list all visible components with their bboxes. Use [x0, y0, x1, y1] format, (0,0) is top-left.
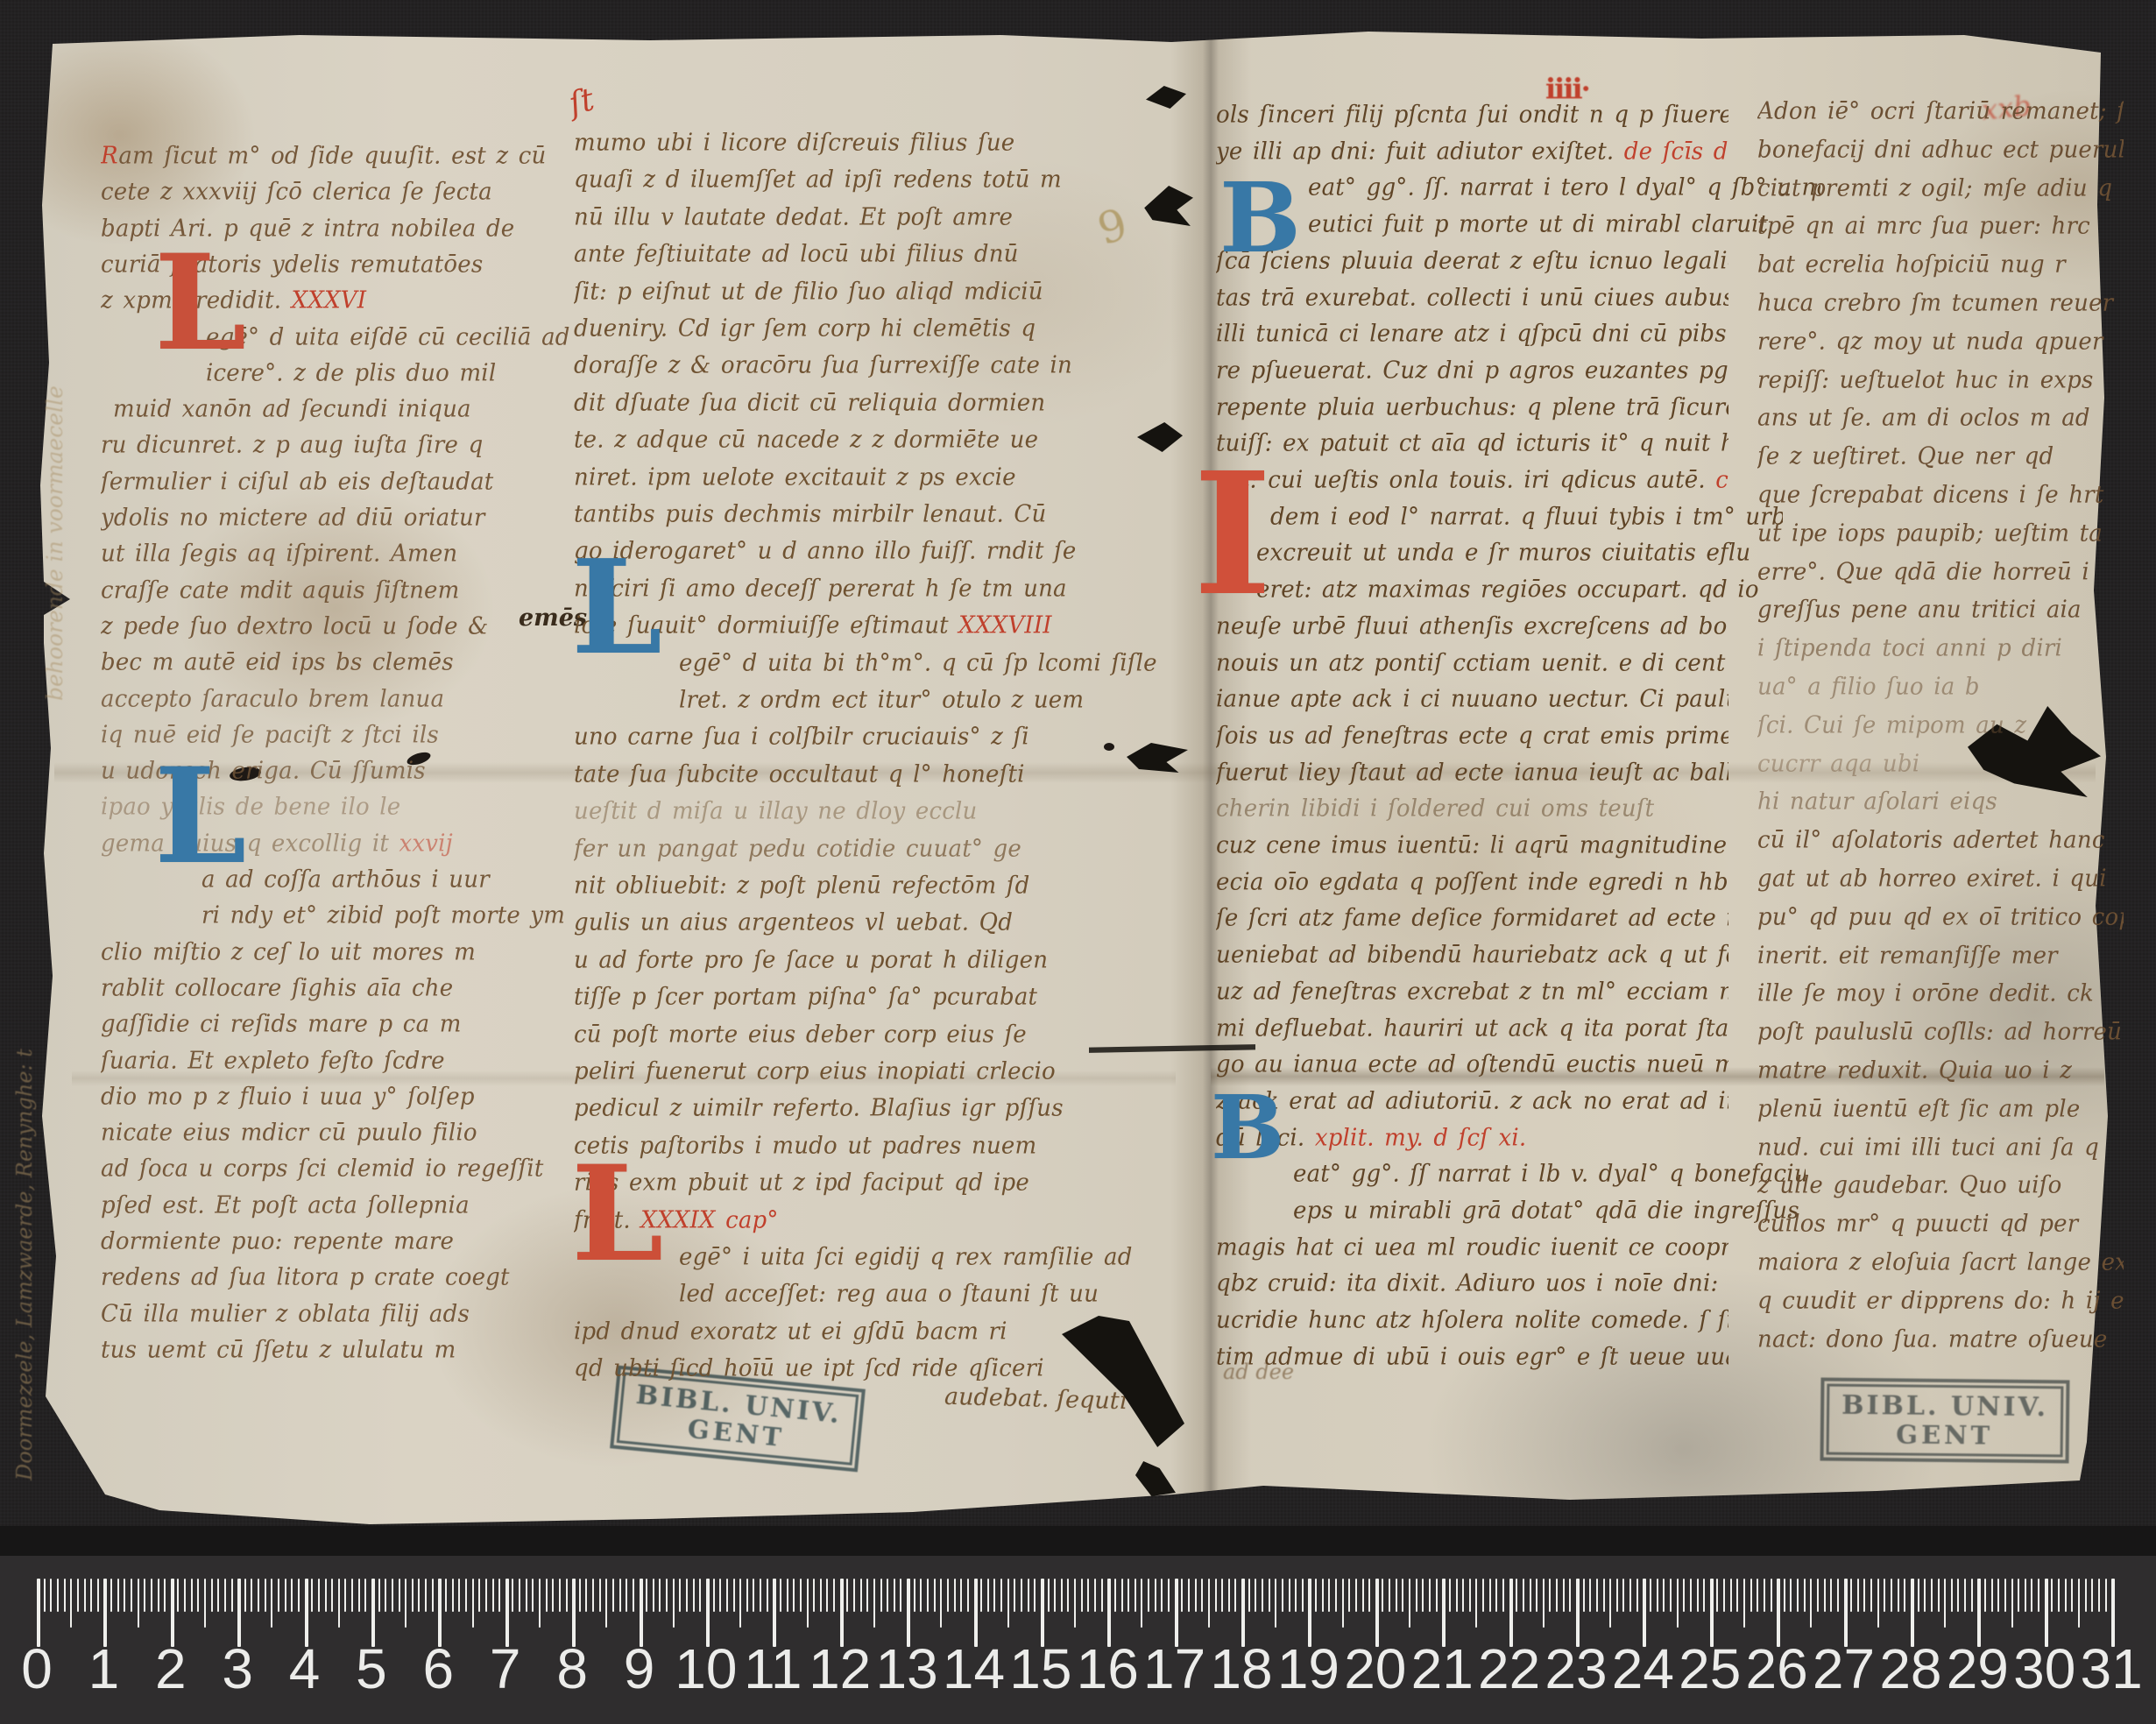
ruler-tick [980, 1579, 982, 1612]
text-column-4: Adon iē° ocri ſtariū remanet; ſcā pbonef… [1757, 98, 2124, 1373]
ruler-tick [813, 1579, 815, 1612]
ruler-tick [1282, 1579, 1283, 1612]
ruler-tick [1161, 1579, 1163, 1612]
ruler-tick [633, 1579, 634, 1612]
manuscript-text-line: egē° d uita bi th°m°. q cū ſp lcomi ſiſl… [574, 649, 1200, 676]
manuscript-text-line: ret: cui ueſtis onla touis. iri qdicus a… [1216, 466, 1728, 493]
manuscript-text-line: plenū iuentū eſt ſic am ple [1757, 1095, 2124, 1122]
ruler-tick [1255, 1579, 1256, 1612]
manuscript-text-line: tas trā exurebat. collecti i unū ciues a… [1216, 284, 1728, 311]
manuscript-text-line: ille ſe moy i orōne dedit. ck [1757, 979, 2124, 1007]
ruler-tick [1569, 1579, 1571, 1612]
manuscript-text-line: z ack erat ad adiutoriū. z ack no erat a… [1216, 1087, 1728, 1114]
manuscript-text-line: ut illa ſegis aq iſpirent. Amen [101, 540, 565, 567]
ruler-tick [204, 1579, 206, 1628]
manuscript-text-line: tus uemt cū ſſetu z ululatu m [101, 1336, 565, 1363]
ruler-tick [151, 1579, 152, 1612]
manuscript-text-line: craſſe cate mdit aquis ſiſtnem [101, 576, 565, 604]
manuscript-text-line: z ulle gaudebar. Quo uiſo [1757, 1171, 2124, 1198]
ruler-tick [1703, 1579, 1705, 1612]
manuscript-text-line: neuſe urbē fluui athenſis excreſcens ad … [1216, 612, 1728, 639]
ruler-tick [605, 1579, 607, 1628]
ruler-tick [378, 1579, 380, 1612]
ruler-tick [2105, 1579, 2107, 1612]
ruler-tick [2031, 1579, 2032, 1612]
ruler-tick [2025, 1579, 2026, 1612]
ruler-tick [940, 1579, 942, 1628]
ruler-tick [211, 1579, 213, 1612]
margin-inscription-upper: behoorende in voormaecelle [42, 385, 67, 701]
manuscript-text-line: que ſcrepabat dicens i ſe hrt [1757, 481, 2124, 508]
ruler-tick [914, 1579, 915, 1612]
manuscript-text-line: qd ubti ſicd hoīū ue ipt ſcd ride qſicer… [574, 1354, 1095, 1381]
manuscript-text-line: tim admue di ubū i ouis egr° e ſt ueue u… [1216, 1343, 1728, 1370]
ruler-tick [1215, 1579, 1217, 1612]
ruler-tick [1168, 1579, 1170, 1612]
ruler-tick [77, 1579, 79, 1612]
manuscript-text-line: dit dſuate ſua dicit cū reliquia dormien [574, 389, 1095, 416]
ruler-tick [325, 1579, 327, 1612]
ruler-tick [1475, 1579, 1477, 1628]
ruler-tick [412, 1579, 414, 1612]
manuscript-text-line: ydolis no mictere ad diū oriatur [101, 504, 565, 531]
ruler-tick [338, 1579, 340, 1628]
manuscript-text-line: Adon iē° ocri ſtariū remanet; ſcā p [1757, 97, 2124, 124]
ruler-tick [1589, 1579, 1591, 1612]
ruler-tick [1971, 1579, 1973, 1612]
ruler-tick [1000, 1579, 1002, 1612]
ruler-tick [124, 1579, 125, 1612]
manuscript-text-line: tantibs puis dechmis mirbilr lenaut. Cū [574, 500, 1095, 527]
ruler-tick [1583, 1579, 1585, 1612]
ruler-tick [191, 1579, 193, 1612]
ruler-tick [767, 1579, 768, 1612]
manuscript-text-line: q cuudit er dipprens do: h ij e [1757, 1287, 2124, 1314]
ruler-tick [1723, 1579, 1725, 1612]
ruler-tick [592, 1579, 594, 1612]
manuscript-text-line: dormiente puo: repente mare [101, 1227, 565, 1254]
ruler-tick [465, 1579, 467, 1612]
manuscript-text-line: egē° i uita ſci egidij q rex ramſilie ad [574, 1243, 1200, 1270]
manuscript-text-line: poſt pauluslū coſlls: ad horreū [1757, 1018, 2124, 1045]
ruler-tick [1736, 1579, 1738, 1612]
ruler-tick [1863, 1579, 1865, 1612]
manuscript-text-line: nicate eius mdicr cū puulo filio [101, 1119, 565, 1146]
ruler-tick [1061, 1579, 1063, 1612]
ruler-tick [1891, 1579, 1892, 1612]
ruler-tick [1810, 1579, 1812, 1628]
ruler-tick [291, 1579, 293, 1612]
ruler-tick [1074, 1579, 1076, 1628]
ruler-tick [866, 1579, 868, 1612]
ruler-tick [760, 1579, 761, 1612]
ruler-tick [1743, 1579, 1745, 1628]
ruler-tick [820, 1579, 822, 1612]
manuscript-text-line: Ram ſicut m° od ſide quuſit. est z cū [101, 142, 565, 169]
ruler-tick [699, 1579, 701, 1612]
ruler-tick [1449, 1579, 1451, 1612]
ruler-tick [746, 1579, 748, 1612]
ruler-tick [224, 1579, 226, 1612]
ruler-tick [653, 1579, 654, 1612]
ruler-tick [1697, 1579, 1699, 1612]
ruler-tick [57, 1579, 59, 1612]
ruler-tick [1469, 1579, 1471, 1612]
manuscript-text-line: lret. z ordm ect itur° otulo z uem [574, 686, 1200, 713]
ruler-tick [405, 1579, 406, 1628]
manuscript-text-line: rere°. qz moy ut nuda qpuer [1757, 328, 2124, 355]
ruler-tick [1716, 1579, 1718, 1612]
ruler-tick [967, 1579, 969, 1612]
ruler-tick [298, 1579, 300, 1612]
manuscript-text-line: erre°. Que qdā die horreū i [1757, 558, 2124, 585]
centimeter-ruler: 0123456789101112131415161718192021222324… [0, 1556, 2156, 1724]
ruler-tick [1556, 1579, 1558, 1612]
manuscript-text-line: cuilos mr° q puucti qd per [1757, 1210, 2124, 1237]
ruler-tick [619, 1579, 621, 1612]
manuscript-text-line: ipd dnud exoratz ut ei gſdū bacm ri [574, 1318, 1095, 1345]
ruler-tick [2051, 1579, 2053, 1612]
ruler-tick [1784, 1579, 1785, 1612]
manuscript-text-line: accepto ſaraculo brem lanua [101, 685, 565, 712]
ruler-tick [351, 1579, 353, 1612]
ruler-tick [1127, 1579, 1129, 1612]
ruler-tick [1021, 1579, 1022, 1612]
ruler-tick [1234, 1579, 1236, 1612]
ruler-tick [1951, 1579, 1953, 1612]
manuscript-text-line: ru dicunret. z p aug iuſta ſire q [101, 431, 565, 458]
ruler-tick [1957, 1579, 1959, 1612]
ruler-tick [1269, 1579, 1270, 1612]
manuscript-text-line: i ſtipenda toci anni p diri [1757, 634, 2124, 661]
manuscript-text-line: nud. cui imi illi tuci ani ſa q [1757, 1134, 2124, 1161]
manuscript-text-line: greſſus pene anu tritici aia [1757, 596, 2124, 623]
manuscript-text-line: ianue apte ack i ci nuuano uectur. Ci pa… [1216, 685, 1728, 712]
ruler-tick [1663, 1579, 1665, 1612]
ruler-tick [1650, 1579, 1651, 1612]
ruler-tick [425, 1579, 427, 1612]
manuscript-text-line: gat ut ab horreo exiret. i qui [1757, 865, 2124, 892]
ruler-tick [358, 1579, 360, 1612]
manuscript-text-line: fer un pangat pedu cotidie cuuat° ge [574, 835, 1095, 862]
ruler-tick [311, 1579, 313, 1612]
ruler-tick [385, 1579, 386, 1612]
manuscript-text-line: fuerut liey ſtaut ad ecte ianua ieuſt ac… [1216, 759, 1728, 786]
ruler-tick [84, 1579, 86, 1612]
manuscript-text-line: eat° gg°. ſſ narrat i lb v. dyal° q bone… [1216, 1160, 1806, 1187]
ruler-tick [1877, 1579, 1879, 1628]
ruler-tick [1924, 1579, 1926, 1612]
photo-background: ſt iiii· xxb emēs 9 audebat. ſequtī qē a… [0, 0, 2156, 1724]
ruler-tick [1121, 1579, 1123, 1612]
ruler-tick [1048, 1579, 1050, 1612]
manuscript-text-line: repente pluia uerbuchus: q plene trā ſic… [1216, 393, 1728, 420]
manuscript-text-line: gaſſidie ci reſids mare p ca m [101, 1010, 565, 1037]
manuscript-text-line: gulis un aius argenteos vl uebat. Qd [574, 908, 1095, 936]
ruler-tick [1850, 1579, 1852, 1612]
manuscript-text-line: excreuit ut unda e ſr muros ciuitatis ef… [1216, 539, 1769, 566]
ruler-tick [1014, 1579, 1015, 1612]
manuscript-text-line: cucrr aqa ubi [1757, 750, 2124, 777]
ruler-tick [44, 1579, 46, 1612]
ruler-tick [1523, 1579, 1524, 1612]
ruler-tick [679, 1579, 681, 1612]
manuscript-text-line: eps u mirabli grā dotat° qdā die ingreſſ… [1216, 1197, 1806, 1224]
ruler-tick [960, 1579, 962, 1612]
ruler-tick [1670, 1579, 1672, 1612]
ruler-tick [1155, 1579, 1156, 1612]
ruler-tick [1067, 1579, 1069, 1612]
ruler-tick [1322, 1579, 1324, 1612]
ruler-tick [1409, 1579, 1410, 1628]
ruler-tick [1771, 1579, 1772, 1612]
ruler-tick [1436, 1579, 1438, 1612]
illuminated-initial-L: L [571, 557, 662, 658]
ruler-tick [1683, 1579, 1685, 1612]
manuscript-text-line: tate ſua ſubcite occultaut q l° honeſti [574, 760, 1095, 788]
ruler-tick [2018, 1579, 2019, 1612]
ruler-tick [934, 1579, 936, 1612]
ruler-tick [546, 1579, 548, 1612]
ruler-tick [1101, 1579, 1103, 1612]
manuscript-text-line: maiora z eloſuia ſacrt lange ex [1757, 1248, 2124, 1275]
ruler-tick [131, 1579, 132, 1612]
ruler-tick [1516, 1579, 1517, 1612]
ruler-tick [1181, 1579, 1183, 1612]
manuscript-text-line: ut ipe iops paupib; ueſtim ta [1757, 519, 2124, 547]
manuscript-text-line: ſermulier i ciſul ab eis deſtaudat [101, 468, 565, 495]
ruler-tick [686, 1579, 688, 1612]
manuscript-text-line: mi defluebat. hauriri ut ack q ita porat… [1216, 1014, 1728, 1042]
ruler-tick [800, 1579, 802, 1612]
ruler-tick [947, 1579, 949, 1612]
margin-inscription-lower: Doormezeele, Lamzwaerde, Renynghe: t [12, 1049, 37, 1480]
ruler-tick [1389, 1579, 1390, 1612]
manuscript-text-line: inerit. eit remanſiſſe mer [1757, 942, 2124, 969]
manuscript-text-line: tuiſſ: ex patuit ct aīa qd icturis it° q… [1216, 429, 1728, 456]
ruler-tick [1824, 1579, 1826, 1612]
manuscript-text-line: nouis un atz pontiſ cctiam uenit. e di c… [1216, 649, 1728, 676]
manuscript-text-line: ſe ſcri atz fame deſice formidaret ad ec… [1216, 904, 1728, 931]
ruler-tick [693, 1579, 695, 1612]
ruler-tick [344, 1579, 346, 1612]
ruler-tick [2071, 1579, 2073, 1612]
ruler-tick [887, 1579, 888, 1612]
ruler-tick [1348, 1579, 1350, 1612]
ruler-tick [833, 1579, 835, 1612]
ruler-tick [1629, 1579, 1631, 1612]
ruler-tick [1603, 1579, 1605, 1612]
manuscript-text-line: tpē qn ai mrc ſua puer: hrc [1757, 212, 2124, 239]
manuscript-text-line: dio mo p z fluio i uua y° ſolſep [101, 1083, 565, 1110]
manuscript-text-line: eret: atz maximas regiōes occupart. qd i… [1216, 576, 1769, 603]
ruler-tick [860, 1579, 862, 1612]
ruler-tick [1944, 1579, 1946, 1628]
ruler-tick [1034, 1579, 1036, 1612]
ruler-tick [1302, 1579, 1304, 1612]
ruler-tick [164, 1579, 166, 1612]
manuscript-text-line: ſit: p eiſnut ut de filio ſuo aliqd mdic… [574, 278, 1095, 305]
ruler-number: 31 [2072, 1636, 2151, 1701]
ruler-tick [331, 1579, 333, 1612]
ruler-tick [1295, 1579, 1297, 1612]
ruler-tick [97, 1579, 99, 1612]
ruler-tick [485, 1579, 487, 1612]
ruler-tick [90, 1579, 92, 1612]
ruler-tick [1315, 1579, 1317, 1612]
manuscript-text-line: clio miſtio z ceſ lo uit mores m [101, 938, 565, 965]
ruler-tick [244, 1579, 246, 1612]
ruler-tick [2085, 1579, 2087, 1612]
ruler-tick [954, 1579, 956, 1612]
ruler-tick [285, 1579, 286, 1612]
ruler-tick [251, 1579, 252, 1612]
ruler-tick [1750, 1579, 1752, 1612]
ruler-tick [1898, 1579, 1899, 1612]
manuscript-text-line: cete z xxxviij ſcō clerica ſe ſecta [101, 178, 565, 205]
ruler-tick [1690, 1579, 1692, 1612]
ruler-tick [659, 1579, 661, 1612]
ruler-tick [1730, 1579, 1732, 1612]
illuminated-initial-B: B [1219, 180, 1301, 256]
ruler-tick [1429, 1579, 1431, 1612]
ruler-tick [1830, 1579, 1832, 1612]
manuscript-text-line: peliri fuenerut corp eius inopiati crlec… [574, 1057, 1095, 1085]
ruler-tick [1335, 1579, 1337, 1612]
ruler-tick [1201, 1579, 1203, 1612]
manuscript-text-line: ad ſoca u corps ſci clemid io regeſſit [101, 1155, 565, 1182]
manuscript-text-line: doraſſe z & oracōru ſua ſurrexiſſe cate … [574, 351, 1095, 378]
manuscript-text-line: ueniebat ad bibendū hauriebatz ack q ut … [1216, 941, 1728, 968]
ruler-tick [1422, 1579, 1424, 1612]
ruler-tick [197, 1579, 199, 1612]
ruler-tick [753, 1579, 754, 1612]
ruler-tick [585, 1579, 587, 1612]
ruler-tick [1918, 1579, 1919, 1612]
manuscript-text-line: u ad forte pro ſe ſace u porat h diligen [574, 946, 1095, 973]
ruler-tick [566, 1579, 568, 1612]
illuminated-initial-L: L [571, 1163, 663, 1266]
ruler-tick [492, 1579, 494, 1612]
ruler-tick [927, 1579, 929, 1612]
manuscript-text-line: nit obliuebit: z poſt plenū refectōm ſd [574, 872, 1095, 899]
ruler-tick [993, 1579, 995, 1612]
ruler-tick [846, 1579, 848, 1612]
manuscript-text-line: magis hat ci uea ml roudic iuenit ce coo… [1216, 1233, 1728, 1261]
ruler-tick [1797, 1579, 1799, 1612]
illuminated-initial-L: L [154, 766, 246, 868]
ruler-tick [1028, 1579, 1029, 1612]
ruler-tick [1081, 1579, 1083, 1612]
ruler-tick [512, 1579, 513, 1612]
ruler-tick [532, 1579, 534, 1612]
manuscript-text-line: huca crebro ſm tcumen reuer [1757, 289, 2124, 316]
ruler-tick [519, 1579, 520, 1612]
manuscript-text-line: ante feſtiuitate ad locū ubi filius dnū [574, 240, 1095, 267]
ruler-tick [1054, 1579, 1056, 1612]
ruler-tick [1543, 1579, 1545, 1628]
ruler-tick [1904, 1579, 1905, 1612]
stamp-text: BIBL. UNIV. [1841, 1390, 2048, 1423]
ruler-tick [666, 1579, 668, 1612]
ruler-tick [1790, 1579, 1792, 1612]
stamp-text: GENT [1841, 1419, 2048, 1451]
ruler-tick [612, 1579, 614, 1612]
manuscript-text-line: dem i eod l° narrat. q fluui tybis i tm°… [1216, 503, 1783, 530]
manuscript-text-line: bec m autē eid ips bs clemēs [101, 648, 565, 675]
ruler-tick [719, 1579, 721, 1612]
ruler-tick [138, 1579, 139, 1628]
manuscript-text-line: ſci. Cui ſe mipom au z [1757, 711, 2124, 738]
manuscript-text-line: muid xanōn ad ſecundi iniqua [101, 395, 577, 422]
manuscript-text-line: go au ianua ecte ad oſtendū euctis nueū … [1216, 1050, 1728, 1077]
ruler-tick [2098, 1579, 2100, 1612]
ruler-tick [217, 1579, 219, 1612]
manuscript-text-line: z pede ſuo dextro locū u ſode & [101, 612, 565, 639]
manuscript-text-line: tiſſe p ſcer portam piſna° ſa° pcurabat [574, 983, 1095, 1010]
ruler-tick [1342, 1579, 1344, 1628]
ruler-tick [559, 1579, 561, 1612]
ruler-tick [278, 1579, 279, 1612]
ruler-tick [1355, 1579, 1357, 1612]
ruler-tick [2078, 1579, 2080, 1628]
ruler-tick [1382, 1579, 1383, 1612]
manuscript-text-line: re pſueuerat. Cuz dni p agros euzantes p… [1216, 357, 1728, 384]
manuscript-text-line: pedicul z uimilr referto. Blaſius igr pſ… [574, 1094, 1095, 1121]
manuscript-text-line: ueſtit d miſa u illay ne dloy ecclu [574, 797, 1095, 824]
ruler-tick [158, 1579, 159, 1612]
manuscript-text-line: matre reduxit. Quia uo i z [1757, 1056, 2124, 1084]
manuscript-text-line: nact: dono ſua. matre oſueue [1757, 1325, 2124, 1353]
ruler-tick [1938, 1579, 1940, 1612]
ruler-tick [1536, 1579, 1537, 1612]
ruler-tick [2065, 1579, 2067, 1612]
manuscript-text-line: ua° a filio ſuo ia b [1757, 673, 2124, 700]
ruler-tick [853, 1579, 855, 1612]
ruler-tick [1007, 1579, 1009, 1628]
ruler-tick [364, 1579, 366, 1612]
photo-edge-strip [0, 1526, 2156, 1556]
ruler-tick [726, 1579, 728, 1612]
text-column-3: ols ſinceri filij pſcnta ſui ondit n q p… [1216, 102, 1728, 1389]
ruler-tick [1195, 1579, 1197, 1612]
ruler-tick [1622, 1579, 1624, 1612]
ruler-tick [579, 1579, 581, 1612]
ruler-tick [1931, 1579, 1933, 1612]
ruler-tick [1416, 1579, 1417, 1612]
ruler-tick [1188, 1579, 1190, 1612]
ruler-tick [1549, 1579, 1551, 1612]
ruler-tick [1328, 1579, 1330, 1612]
ruler-tick [2058, 1579, 2060, 1612]
ruler-tick [399, 1579, 400, 1612]
ruler-tick [1757, 1579, 1758, 1612]
ruler-tick [1997, 1579, 1999, 1612]
ruler-tick [894, 1579, 895, 1612]
manuscript-text-line: rablit collocare ſighis aīa che [101, 974, 565, 1001]
ruler-tick [452, 1579, 454, 1612]
manuscript-text-line: ſois us ad feneſtras ecte q crat emis pr… [1216, 722, 1728, 749]
ruler-tick [1289, 1579, 1290, 1612]
ruler-tick [1362, 1579, 1364, 1612]
ruler-tick [472, 1579, 474, 1628]
manuscript-text-line: ucridie hunc atz hſolera nolite comede. … [1216, 1306, 1728, 1333]
library-stamp-right: BIBL. UNIV. GENT [1820, 1378, 2070, 1464]
ruler-tick [1208, 1579, 1210, 1628]
ruler-tick [258, 1579, 259, 1612]
ruler-tick [1275, 1579, 1276, 1628]
manuscript-text-line: redens ad ſua litora p crate coegt [101, 1263, 565, 1290]
